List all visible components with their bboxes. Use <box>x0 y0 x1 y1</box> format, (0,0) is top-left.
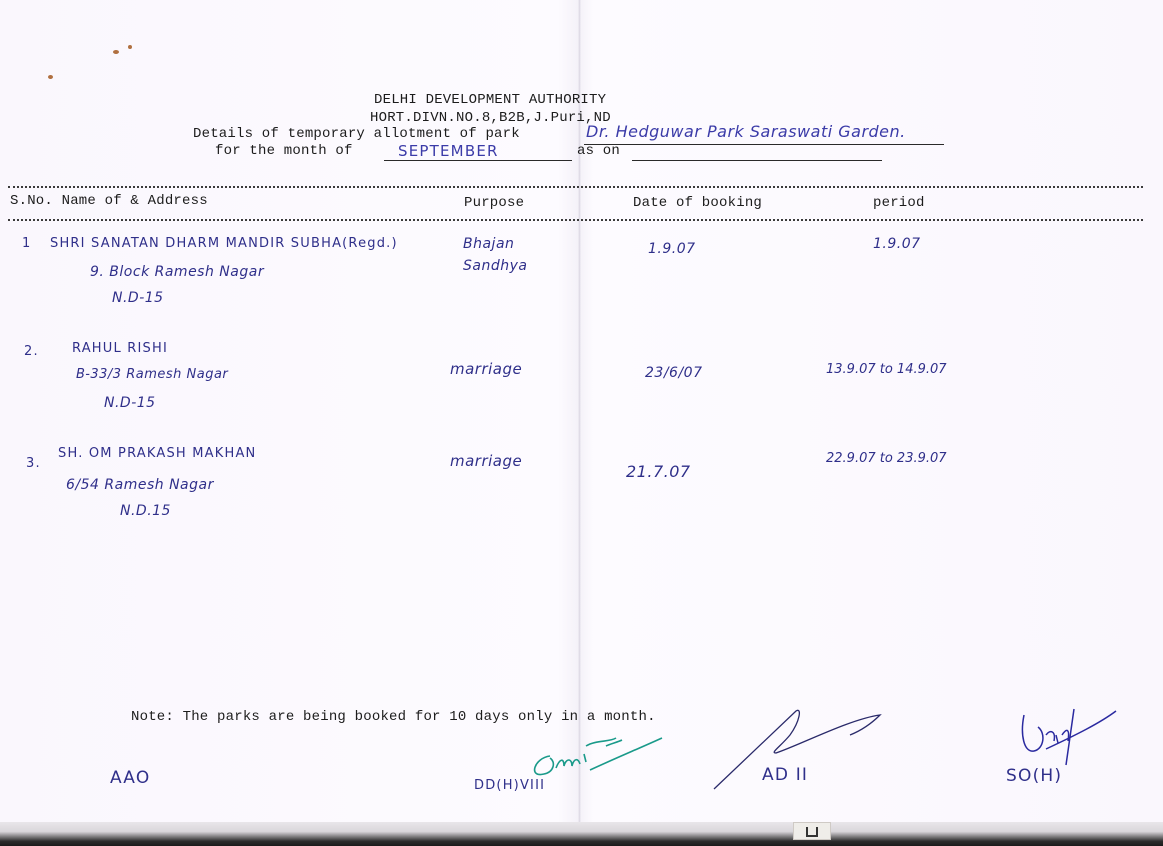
table-header-rule <box>8 219 1143 221</box>
signature-so <box>1016 705 1126 770</box>
row-purpose-line1: marriage <box>450 360 522 378</box>
column-header-date-of-booking: Date of booking <box>633 195 762 211</box>
booking-note: Note: The parks are being booked for 10 … <box>131 709 656 725</box>
binder-clip-icon <box>793 822 831 840</box>
row-sno: 3. <box>26 456 41 471</box>
row-period: 13.9.07 to 14.9.07 <box>826 362 947 377</box>
row-sno: 2. <box>24 344 39 359</box>
row-purpose-line1: Bhajan <box>463 236 514 252</box>
row-address-line1: 6/54 Ramesh Nagar <box>66 477 214 493</box>
stain-mark <box>113 50 119 54</box>
column-header-period: period <box>873 195 925 211</box>
month-label: for the month of <box>215 143 353 159</box>
row-address-line1: 9. Block Ramesh Nagar <box>90 264 264 280</box>
org-title: DELHI DEVELOPMENT AUTHORITY <box>374 92 606 108</box>
month-underline <box>384 160 572 161</box>
row-date-of-booking: 1.9.07 <box>648 241 696 257</box>
row-address-line2: N.D.15 <box>120 503 171 519</box>
row-address-line2: N.D-15 <box>112 290 164 306</box>
month-value-field: SEPTEMBER <box>398 142 499 160</box>
row-sno: 1 <box>22 236 31 251</box>
row-name: RAHUL RISHI <box>72 341 168 356</box>
park-name-underline <box>584 144 944 145</box>
scanner-edge <box>0 822 1163 846</box>
as-on-underline <box>632 160 882 161</box>
column-header-name-address: S.No. Name of & Address <box>10 193 208 209</box>
row-date-of-booking: 23/6/07 <box>645 365 702 381</box>
signatory-ad: AD II <box>762 765 808 785</box>
stain-mark <box>128 45 132 49</box>
as-on-label: as on <box>577 143 620 159</box>
park-name-field: Dr. Hedguwar Park Saraswati Garden. <box>586 122 906 141</box>
signatory-aao: AAO <box>110 768 150 788</box>
row-name: SH. OM PRAKASH MAKHAN <box>58 446 256 461</box>
stain-mark <box>48 75 53 79</box>
row-address-line2: N.D-15 <box>104 395 156 411</box>
table-top-rule <box>8 186 1143 188</box>
row-name: SHRI SANATAN DHARM MANDIR SUBHA(Regd.) <box>50 236 398 251</box>
row-period: 1.9.07 <box>873 236 921 252</box>
signatory-dd: DD(H)VIII <box>474 778 545 793</box>
row-address-line1: B-33/3 Ramesh Nagar <box>76 367 228 382</box>
row-purpose-line2: Sandhya <box>463 258 527 274</box>
scanned-document: DELHI DEVELOPMENT AUTHORITY HORT.DIVN.NO… <box>0 0 1163 822</box>
row-date-of-booking: 21.7.07 <box>626 462 691 481</box>
details-label: Details of temporary allotment of park <box>193 126 520 142</box>
row-purpose-line1: marriage <box>450 452 522 470</box>
column-header-purpose: Purpose <box>464 195 524 211</box>
row-period: 22.9.07 to 23.9.07 <box>826 451 947 466</box>
signatory-so: SO(H) <box>1006 766 1062 786</box>
division-line: HORT.DIVN.NO.8,B2B,J.Puri,ND <box>370 110 611 126</box>
